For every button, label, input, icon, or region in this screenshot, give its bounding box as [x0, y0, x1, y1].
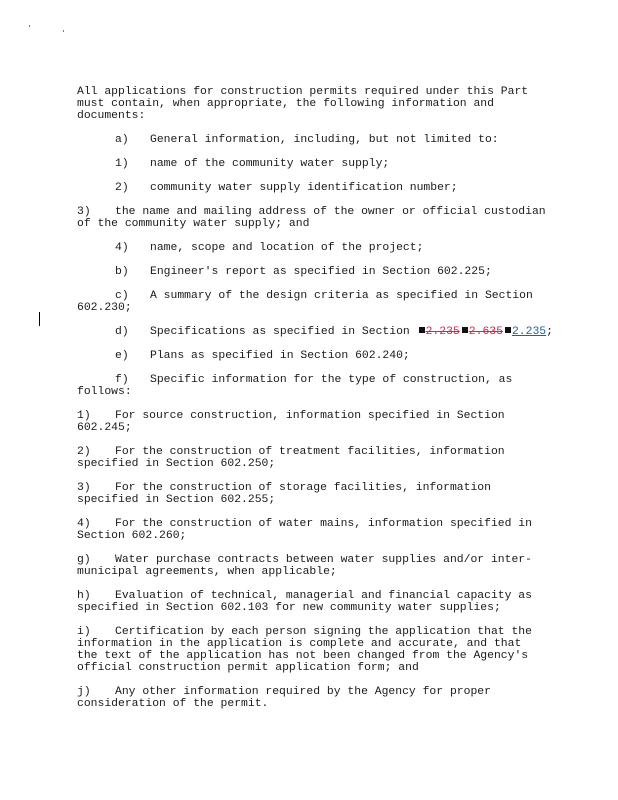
- revision-change-bar: [39, 312, 40, 326]
- item-text: Specifications as specified in Section: [150, 326, 417, 338]
- intro-paragraph: All applications for construction permit…: [77, 86, 547, 122]
- item-text: For the construction of storage faciliti…: [77, 482, 491, 506]
- item-f3: 3)For the construction of storage facili…: [77, 482, 547, 506]
- item-label: h): [77, 590, 115, 602]
- deleted-text: 2.235: [426, 326, 460, 338]
- item-label: 4): [115, 242, 150, 254]
- item-label: i): [77, 626, 115, 638]
- item-label: 2): [77, 446, 115, 458]
- scan-speck: [63, 30, 64, 32]
- item-label: 4): [77, 518, 115, 530]
- item-text: Plans as specified in Section 602.240;: [150, 350, 410, 362]
- item-text: Certification by each person signing the…: [77, 626, 532, 674]
- item-d: d)Specifications as specified in Section…: [77, 326, 547, 338]
- item-text: General information, including, but not …: [150, 134, 499, 146]
- item-label: c): [115, 290, 150, 302]
- item-a2: 2)community water supply identification …: [77, 182, 547, 194]
- item-text: Water purchase contracts between water s…: [77, 554, 532, 578]
- item-e: e)Plans as specified in Section 602.240;: [77, 350, 547, 362]
- item-label: b): [115, 266, 150, 278]
- item-label: 1): [115, 158, 150, 170]
- item-c: c)A summary of the design criteria as sp…: [77, 290, 547, 314]
- revision-marker: [505, 327, 511, 333]
- item-i: i)Certification by each person signing t…: [77, 626, 547, 674]
- item-f: f)Specific information for the type of c…: [77, 374, 547, 398]
- item-a4: 4)name, scope and location of the projec…: [77, 242, 547, 254]
- item-label: g): [77, 554, 115, 566]
- item-h: h)Evaluation of technical, managerial an…: [77, 590, 547, 614]
- item-label: e): [115, 350, 150, 362]
- item-text: For source construction, information spe…: [77, 410, 505, 434]
- item-text: the name and mailing address of the owne…: [77, 206, 546, 230]
- item-f2: 2)For the construction of treatment faci…: [77, 446, 547, 470]
- item-text: Evaluation of technical, managerial and …: [77, 590, 532, 614]
- item-f1: 1)For source construction, information s…: [77, 410, 547, 434]
- revision-marker: [462, 327, 468, 333]
- inserted-text: 2.235: [512, 326, 546, 338]
- item-g: g)Water purchase contracts between water…: [77, 554, 547, 578]
- item-label: a): [115, 134, 150, 146]
- scan-speck: [29, 25, 30, 27]
- item-suffix: ;: [546, 326, 553, 338]
- item-a: a)General information, including, but no…: [77, 134, 547, 146]
- item-text: For the construction of water mains, inf…: [77, 518, 532, 542]
- item-text: community water supply identification nu…: [150, 182, 458, 194]
- deleted-text: 2.635: [469, 326, 503, 338]
- item-text: Engineer's report as specified in Sectio…: [150, 266, 492, 278]
- item-label: f): [115, 374, 150, 386]
- revision-marker: [419, 327, 425, 333]
- item-a3: 3)the name and mailing address of the ow…: [77, 206, 547, 230]
- item-a1: 1)name of the community water supply;: [77, 158, 547, 170]
- item-label: 3): [77, 206, 115, 218]
- item-label: 1): [77, 410, 115, 422]
- item-label: j): [77, 686, 115, 698]
- item-b: b)Engineer's report as specified in Sect…: [77, 266, 547, 278]
- item-text: Any other information required by the Ag…: [77, 686, 491, 710]
- item-label: 2): [115, 182, 150, 194]
- document-body: All applications for construction permit…: [77, 86, 547, 722]
- item-j: j)Any other information required by the …: [77, 686, 547, 710]
- item-f4: 4)For the construction of water mains, i…: [77, 518, 547, 542]
- item-text: name of the community water supply;: [150, 158, 389, 170]
- item-label: d): [115, 326, 150, 338]
- item-text: For the construction of treatment facili…: [77, 446, 505, 470]
- item-text: name, scope and location of the project;: [150, 242, 423, 254]
- item-label: 3): [77, 482, 115, 494]
